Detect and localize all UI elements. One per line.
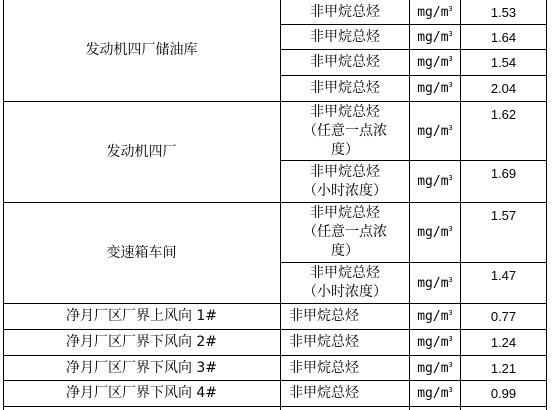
unit-superscript: 3 — [449, 76, 453, 95]
item-qualifier-cont: 度） — [331, 242, 359, 261]
item-label: 非甲烷总烃 — [310, 3, 380, 22]
value-cell: 2.04 — [461, 76, 546, 101]
value-label: 2.04 — [491, 79, 516, 98]
value-cell: 0.77 — [461, 304, 546, 329]
unit-cell: mg/m3 — [410, 161, 460, 202]
value-cell: 1.69 — [461, 161, 546, 202]
location-label: 发动机四厂 — [107, 143, 177, 162]
location-cell: 变速箱车间 — [3, 203, 280, 303]
item-label: 非甲烷总烃 — [310, 103, 380, 122]
unit-superscript: 3 — [449, 0, 453, 19]
unit-label: mg/m — [417, 274, 448, 293]
item-cell: 非甲烷总烃 （小时浓度） — [281, 263, 409, 303]
item-cell: 非甲烷总烃 — [281, 356, 409, 380]
row-divider — [3, 406, 547, 407]
unit-label: mg/m — [417, 3, 448, 22]
value-label: 1.47 — [491, 266, 516, 285]
unit-superscript: 3 — [449, 119, 453, 138]
item-qualifier: （任意一点浓 — [303, 122, 387, 141]
unit-superscript: 3 — [449, 356, 453, 375]
unit-cell: mg/m3 — [410, 263, 460, 303]
value-cell: 1.53 — [461, 0, 546, 24]
item-qualifier: （小时浓度） — [303, 182, 387, 201]
value-label: 1.64 — [491, 28, 516, 47]
unit-superscript: 3 — [449, 304, 453, 323]
unit-label: mg/m — [417, 223, 448, 242]
item-label: 非甲烷总烃 — [310, 79, 380, 98]
value-cell: 1.57 — [461, 203, 546, 262]
location-label: 变速箱车间 — [107, 244, 177, 263]
item-cell: 非甲烷总烃 — [281, 330, 409, 355]
item-cell: 非甲烷总烃 — [281, 0, 409, 24]
item-label: 非甲烷总烃 — [310, 204, 380, 223]
value-label: 1.24 — [491, 333, 516, 352]
unit-cell: mg/m3 — [410, 50, 460, 75]
table-border-right — [546, 0, 547, 410]
unit-label: mg/m — [417, 333, 448, 352]
item-label: 非甲烷总烃 — [289, 307, 359, 326]
unit-cell: mg/m3 — [410, 330, 460, 355]
unit-superscript: 3 — [449, 220, 453, 239]
location-label: 净月厂区厂界下风向 2# — [66, 333, 217, 352]
item-cell: 非甲烷总烃 （任意一点浓 度） — [281, 102, 409, 160]
value-label: 1.53 — [491, 3, 516, 22]
unit-cell: mg/m3 — [410, 304, 460, 329]
value-cell: 1.24 — [461, 330, 546, 355]
unit-superscript: 3 — [449, 25, 453, 44]
item-cell: 非甲烷总烃 — [281, 381, 409, 406]
location-label: 净月厂区厂界上风向 1# — [66, 307, 217, 326]
unit-label: mg/m — [417, 359, 448, 378]
value-cell: 1.47 — [461, 263, 546, 303]
unit-label: mg/m — [417, 307, 448, 326]
location-cell: 发动机四厂 — [3, 102, 280, 202]
value-cell: 1.62 — [461, 102, 546, 160]
value-label: 0.77 — [491, 307, 516, 326]
item-cell: 非甲烷总烃 （任意一点浓 度） — [281, 203, 409, 262]
item-cell: 非甲烷总烃 — [281, 25, 409, 49]
unit-cell: mg/m3 — [410, 25, 460, 49]
item-qualifier-cont: 度） — [331, 141, 359, 160]
unit-label: mg/m — [417, 172, 448, 191]
item-cell: 非甲烷总烃 — [281, 76, 409, 101]
unit-label: mg/m — [417, 384, 448, 403]
unit-cell: mg/m3 — [410, 102, 460, 160]
item-cell: 非甲烷总烃 （小时浓度） — [281, 161, 409, 202]
item-cell: 非甲烷总烃 — [281, 50, 409, 75]
item-label: 非甲烷总烃 — [289, 333, 359, 352]
item-label: 非甲烷总烃 — [310, 163, 380, 182]
location-label: 净月厂区厂界下风向 3# — [66, 359, 217, 378]
value-cell: 1.54 — [461, 50, 546, 75]
location-label: 净月厂区厂界下风向 4# — [66, 384, 217, 403]
value-label: 1.54 — [491, 53, 516, 72]
location-label: 发动机四厂储油库 — [86, 41, 198, 60]
unit-label: mg/m — [417, 79, 448, 98]
unit-cell: mg/m3 — [410, 356, 460, 380]
unit-cell: mg/m3 — [410, 76, 460, 101]
location-cell: 净月厂区厂界下风向 3# — [3, 356, 280, 380]
item-label: 非甲烷总烃 — [310, 53, 380, 72]
value-label: 1.57 — [491, 206, 516, 225]
unit-cell: mg/m3 — [410, 0, 460, 24]
value-label: 1.69 — [491, 164, 516, 183]
item-cell: 非甲烷总烃 — [281, 304, 409, 329]
unit-label: mg/m — [417, 122, 448, 141]
item-label: 非甲烷总烃 — [310, 28, 380, 47]
unit-cell: mg/m3 — [410, 203, 460, 262]
unit-superscript: 3 — [449, 271, 453, 290]
unit-superscript: 3 — [449, 381, 453, 400]
item-qualifier: （任意一点浓 — [303, 223, 387, 242]
unit-label: mg/m — [417, 53, 448, 72]
unit-superscript: 3 — [449, 330, 453, 349]
item-label: 非甲烷总烃 — [289, 384, 359, 403]
unit-cell: mg/m3 — [410, 381, 460, 406]
value-cell: 1.64 — [461, 25, 546, 49]
location-cell: 发动机四厂储油库 — [3, 0, 280, 101]
item-label: 非甲烷总烃 — [289, 359, 359, 378]
item-qualifier: （小时浓度） — [303, 283, 387, 302]
item-label: 非甲烷总烃 — [310, 264, 380, 283]
unit-superscript: 3 — [449, 169, 453, 188]
value-cell: 0.99 — [461, 381, 546, 406]
unit-label: mg/m — [417, 28, 448, 47]
value-label: 1.62 — [491, 105, 516, 124]
location-cell: 净月厂区厂界下风向 4# — [3, 381, 280, 406]
value-cell: 1.21 — [461, 356, 546, 380]
value-label: 0.99 — [491, 384, 516, 403]
value-label: 1.21 — [491, 359, 516, 378]
location-cell: 净月厂区厂界上风向 1# — [3, 304, 280, 329]
location-cell: 净月厂区厂界下风向 2# — [3, 330, 280, 355]
unit-superscript: 3 — [449, 50, 453, 69]
